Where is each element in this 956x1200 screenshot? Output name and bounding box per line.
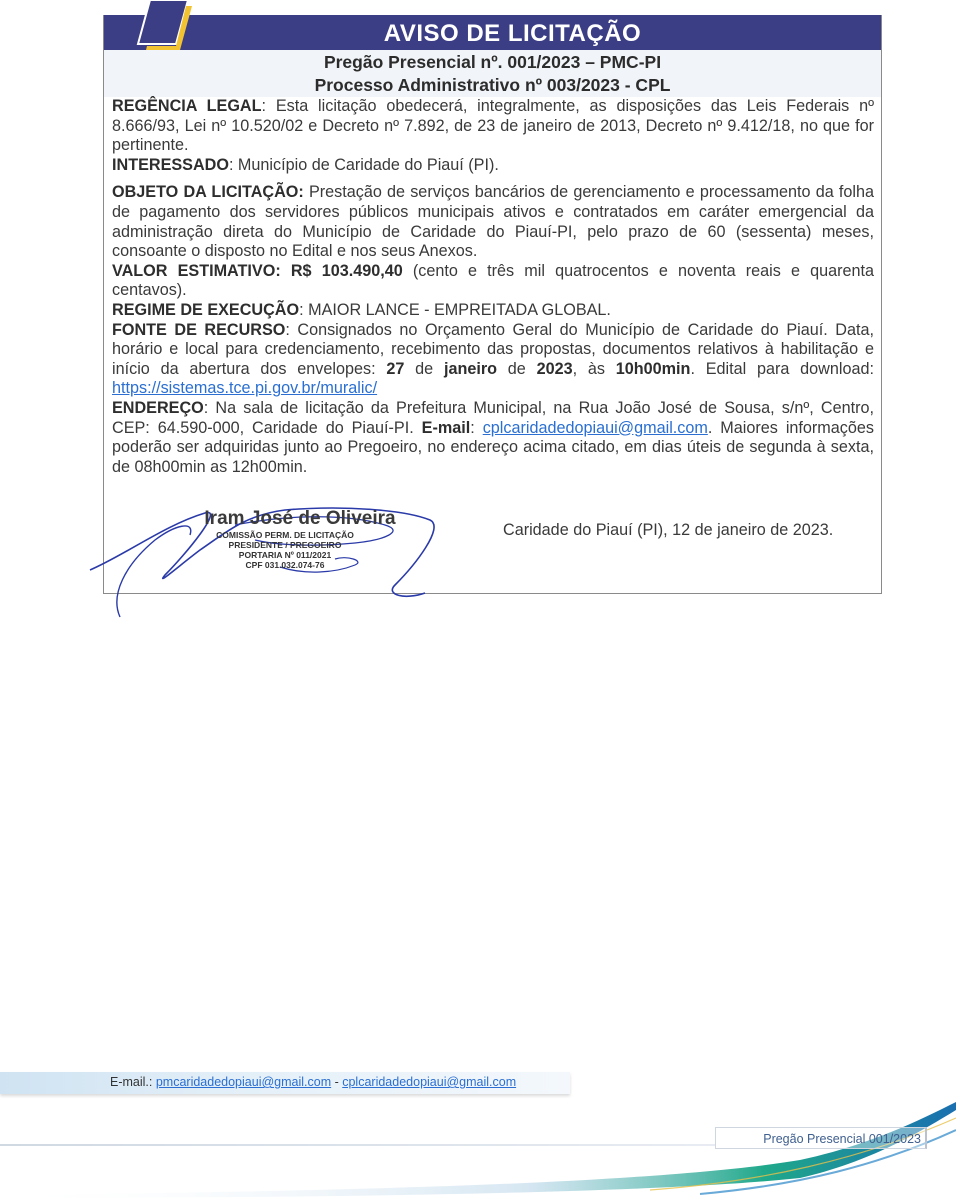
signature-block: Iram José de Oliveira COMISSÃO PERM. DE … bbox=[165, 508, 405, 570]
text-fragment: , às bbox=[573, 360, 616, 378]
session-month: janeiro bbox=[444, 360, 497, 378]
signatory-portaria: PORTARIA Nº 011/2021 bbox=[165, 550, 405, 560]
signatory-role-2: PRESIDENTE / PREGOEIRO bbox=[165, 540, 405, 550]
regime-label: REGIME DE EXECUÇÃO bbox=[112, 301, 299, 319]
cpl-email-link[interactable]: cplcaridadedopiaui@gmail.com bbox=[483, 419, 708, 437]
interessado-text: : Município de Caridade do Piauí (PI). bbox=[229, 156, 499, 174]
objeto-label: OBJETO DA LICITAÇÃO: bbox=[112, 183, 304, 201]
text-fragment: : bbox=[470, 419, 482, 437]
fonte-text: : Consignados no Orçamento Geral do Muni… bbox=[285, 321, 827, 339]
regencia-paragraph: REGÊNCIA LEGAL: Esta licitação obedecerá… bbox=[112, 97, 874, 156]
footer-contact: E-mail.: pmcaridadedopiaui@gmail.com - c… bbox=[110, 1075, 516, 1089]
text-fragment: de bbox=[404, 360, 444, 378]
footer-email-link-1[interactable]: pmcaridadedopiaui@gmail.com bbox=[156, 1075, 331, 1089]
regime-paragraph: REGIME DE EXECUÇÃO: MAIOR LANCE - EMPREI… bbox=[112, 301, 874, 321]
valor-paragraph: VALOR ESTIMATIVO: R$ 103.490,40 (cento e… bbox=[112, 262, 874, 301]
session-time: 10h00min bbox=[616, 360, 691, 378]
signatory-role-1: COMISSÃO PERM. DE LICITAÇÃO bbox=[165, 530, 405, 540]
session-day: 27 bbox=[386, 360, 404, 378]
footer-document-tag: Pregão Presencial 001/2023 bbox=[715, 1127, 927, 1149]
regencia-label: REGÊNCIA LEGAL bbox=[112, 97, 262, 115]
endereco-label: ENDEREÇO bbox=[112, 399, 204, 417]
session-year: 2023 bbox=[537, 360, 573, 378]
edital-download-link[interactable]: https://sistemas.tce.pi.gov.br/muralic/ bbox=[112, 379, 377, 397]
fonte-label: FONTE DE RECURSO bbox=[112, 321, 285, 339]
interessado-paragraph: INTERESSADO: Município de Caridade do Pi… bbox=[112, 156, 874, 176]
fonte-paragraph: FONTE DE RECURSO: Consignados no Orçamen… bbox=[112, 321, 874, 399]
footer-email-link-2[interactable]: cplcaridadedopiaui@gmail.com bbox=[342, 1075, 516, 1089]
endereco-paragraph: ENDEREÇO: Na sala de licitação da Prefei… bbox=[112, 399, 874, 477]
signatory-name: Iram José de Oliveira bbox=[195, 508, 405, 530]
signatory-cpf: CPF 031.032.074-76 bbox=[165, 560, 405, 570]
text-fragment: - bbox=[331, 1075, 342, 1089]
valor-label: VALOR ESTIMATIVO: R$ 103.490,40 bbox=[112, 262, 403, 280]
footer-email-label: E-mail.: bbox=[110, 1075, 156, 1089]
regime-text: : MAIOR LANCE - EMPREITADA GLOBAL. bbox=[299, 301, 611, 319]
interessado-label: INTERESSADO bbox=[112, 156, 229, 174]
notice-body: REGÊNCIA LEGAL: Esta licitação obedecerá… bbox=[112, 97, 874, 477]
email-label: E-mail bbox=[422, 419, 471, 437]
subtitle-processo: Processo Administrativo nº 003/2023 - CP… bbox=[104, 75, 881, 96]
text-fragment: de bbox=[497, 360, 537, 378]
subtitle-pregao: Pregão Presencial nº. 001/2023 – PMC-PI bbox=[104, 52, 881, 73]
text-fragment: . Edital para download: bbox=[690, 360, 874, 378]
place-date: Caridade do Piauí (PI), 12 de janeiro de… bbox=[503, 521, 833, 540]
objeto-paragraph: OBJETO DA LICITAÇÃO: Prestação de serviç… bbox=[112, 183, 874, 261]
